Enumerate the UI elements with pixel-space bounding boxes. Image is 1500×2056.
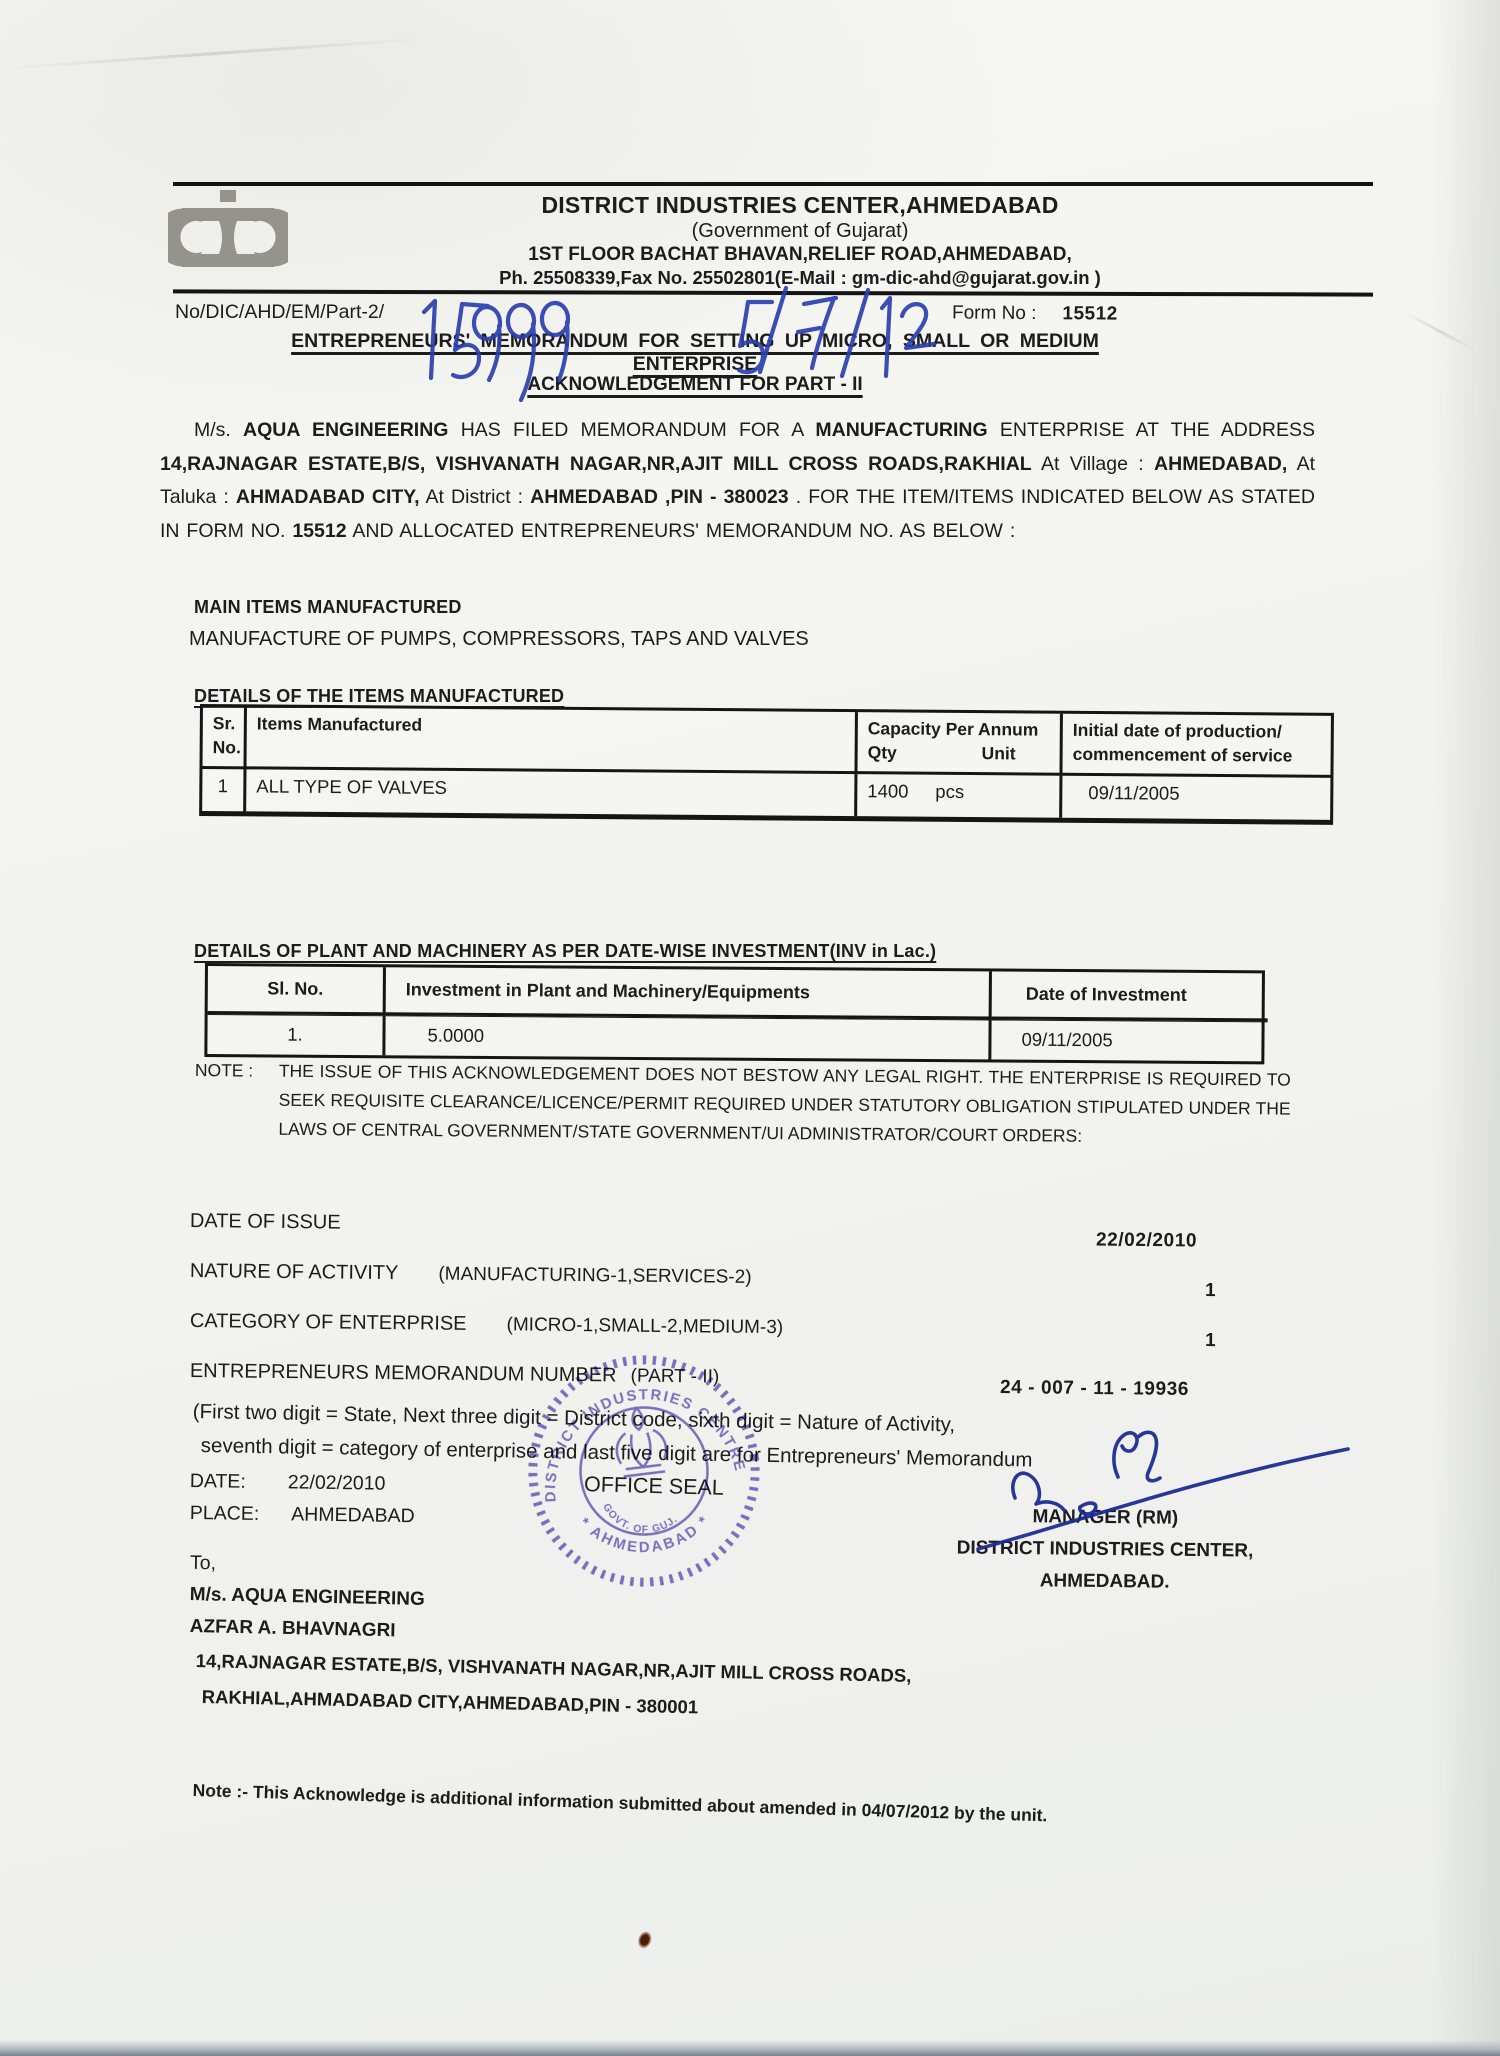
signatory-city: AHMEDABAD. <box>945 1564 1265 1599</box>
acknowledgement-paragraph: M/s. AQUA ENGINEERING HAS FILED MEMORAND… <box>160 414 1315 548</box>
category-of-enterprise-value: 1 <box>1205 1330 1216 1352</box>
org-address: 1ST FLOOR BACHAT BHAVAN,RELIEF ROAD,AHME… <box>420 243 1180 266</box>
row-sr-no: 1 <box>202 769 246 811</box>
place-value: AHMEDABAD <box>291 1503 415 1527</box>
note-label: NOTE : <box>194 1056 279 1144</box>
row-sl-no: 1. <box>207 1014 385 1055</box>
date-value: 22/02/2010 <box>288 1471 386 1494</box>
recipient-person: AZFAR A. BHAVNAGRI <box>190 1616 396 1642</box>
row-investment: 5.0000 <box>385 1015 991 1059</box>
office-seal-stamp: DISTRICT INDUSTRIES CENTRE * AHMEDABAD *… <box>500 1327 788 1615</box>
col-header-sr-no: Sr.No. <box>202 707 246 769</box>
col-header-investment-date: Date of Investment <box>992 971 1268 1021</box>
em-number-value: 24 - 007 - 11 - 19936 <box>1000 1377 1189 1401</box>
org-name: DISTRICT INDUSTRIES CENTER,AHMEDABAD <box>420 191 1180 219</box>
date-row: DATE:22/02/2010 <box>190 1470 386 1496</box>
paper-crease <box>0 37 429 70</box>
col-header-sl-no: Sl. No. <box>208 966 386 1015</box>
plant-machinery-table: Sl. No. Investment in Plant and Machiner… <box>204 963 1265 1064</box>
row-qty-unit: 1400pcs <box>857 774 1062 818</box>
col-header-initial-date: Initial date of production/commencement … <box>1062 714 1332 778</box>
form-number-value: 15512 <box>1062 303 1117 324</box>
amendment-note: Note :- This Acknowledge is additional i… <box>192 1780 1152 1829</box>
org-govt: (Government of Gujarat) <box>420 219 1180 243</box>
recipient-address-line2: RAKHIAL,AHMADABAD CITY,AHMEDABAD,PIN - 3… <box>202 1686 699 1718</box>
col-header-investment: Investment in Plant and Machinery/Equipm… <box>386 967 992 1019</box>
scanned-document-page: DISTRICT INDUSTRIES CENTER,AHMEDABAD (Go… <box>0 0 1500 2056</box>
seal-emblem <box>612 1405 669 1477</box>
col-header-capacity: Capacity Per Annum QtyUnit <box>857 712 1062 776</box>
place-row: PLACE:AHMEDABAD <box>190 1502 415 1528</box>
handwritten-date <box>739 288 934 376</box>
scan-edge-shadow <box>1430 0 1500 2056</box>
handwritten-ref-number <box>424 301 568 400</box>
legal-note: NOTE : THE ISSUE OF THIS ACKNOWLEDGEMENT… <box>194 1056 1295 1153</box>
letterhead: DISTRICT INDUSTRIES CENTER,AHMEDABAD (Go… <box>420 191 1180 289</box>
main-items-value: MANUFACTURE OF PUMPS, COMPRESSORS, TAPS … <box>189 628 809 651</box>
row-investment-date: 09/11/2005 <box>991 1019 1267 1061</box>
nature-of-activity-label: NATURE OF ACTIVITY(MANUFACTURING-1,SERVI… <box>190 1260 752 1289</box>
date-of-issue-value: 22/02/2010 <box>1096 1229 1197 1252</box>
handwritten-ink <box>410 280 990 420</box>
col-header-items: Items Manufactured <box>246 707 857 774</box>
row-item: ALL TYPE OF VALVES <box>246 769 857 816</box>
scan-bottom-edge <box>0 2040 1500 2056</box>
machinery-table-heading: DETAILS OF PLANT AND MACHINERY AS PER DA… <box>194 941 936 962</box>
date-of-issue-label: DATE OF ISSUE <box>190 1210 341 1235</box>
signature-ink <box>930 1415 1370 1565</box>
place-label: PLACE: <box>190 1502 260 1525</box>
recipient-name: M/s. AQUA ENGINEERING <box>190 1584 425 1611</box>
nature-of-activity-value: 1 <box>1205 1280 1216 1302</box>
row-initial-date: 09/11/2005 <box>1062 776 1332 820</box>
main-items-heading: MAIN ITEMS MANUFACTURED <box>194 597 462 618</box>
items-manufactured-table: Sr.No. Items Manufactured Capacity Per A… <box>199 704 1334 825</box>
date-label: DATE: <box>190 1470 246 1493</box>
note-text: THE ISSUE OF THIS ACKNOWLEDGEMENT DOES N… <box>278 1057 1291 1153</box>
recipient-address-line1: 14,RAJNAGAR ESTATE,B/S, VISHVANATH NAGAR… <box>196 1650 912 1687</box>
header-rule-top <box>173 182 1373 186</box>
reference-number-label: No/DIC/AHD/EM/Part-2/ <box>175 301 384 324</box>
ink-speck <box>628 1925 660 1960</box>
to-label: To, <box>190 1552 216 1575</box>
dic-logo <box>168 190 288 276</box>
